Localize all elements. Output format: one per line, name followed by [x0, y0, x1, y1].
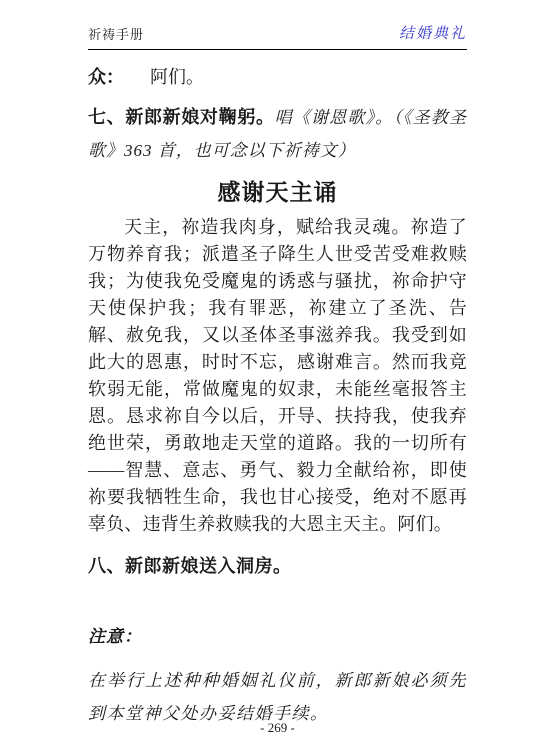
header-book-title: 祈祷手册 [88, 24, 144, 43]
page-number: - 269 - [0, 720, 555, 736]
prayer-title: 感谢天主诵 [88, 174, 467, 207]
section-7-heading: 七、新郎新娘对鞠躬。 [88, 107, 275, 127]
document-page: 祈祷手册 结婚典礼 众：阿们。 七、新郎新娘对鞠躬。唱《谢恩歌》。（《圣教圣歌》… [0, 0, 555, 749]
page-content: 祈祷手册 结婚典礼 众：阿们。 七、新郎新娘对鞠躬。唱《谢恩歌》。（《圣教圣歌》… [0, 22, 555, 730]
response-text: 阿们。 [150, 67, 204, 87]
section-8-paragraph: 八、新郎新娘送入洞房。 [88, 554, 467, 578]
section-7-paragraph: 七、新郎新娘对鞠躬。唱《谢恩歌》。（《圣教圣歌》363 首，也可念以下祈祷文） [88, 101, 467, 167]
speaker-label: 众： [88, 67, 124, 87]
page-header: 祈祷手册 结婚典礼 [88, 22, 467, 50]
prayer-body: 天主，祢造我肉身，赋给我灵魂。祢造了万物养育我；派遣圣子降生人世受苦受难救赎我；… [88, 214, 467, 538]
notice-label: 注意： [88, 622, 467, 647]
section-8-heading: 八、新郎新娘送入洞房。 [88, 556, 292, 576]
response-line: 众：阿们。 [88, 66, 467, 88]
header-chapter-title: 结婚典礼 [399, 22, 467, 43]
